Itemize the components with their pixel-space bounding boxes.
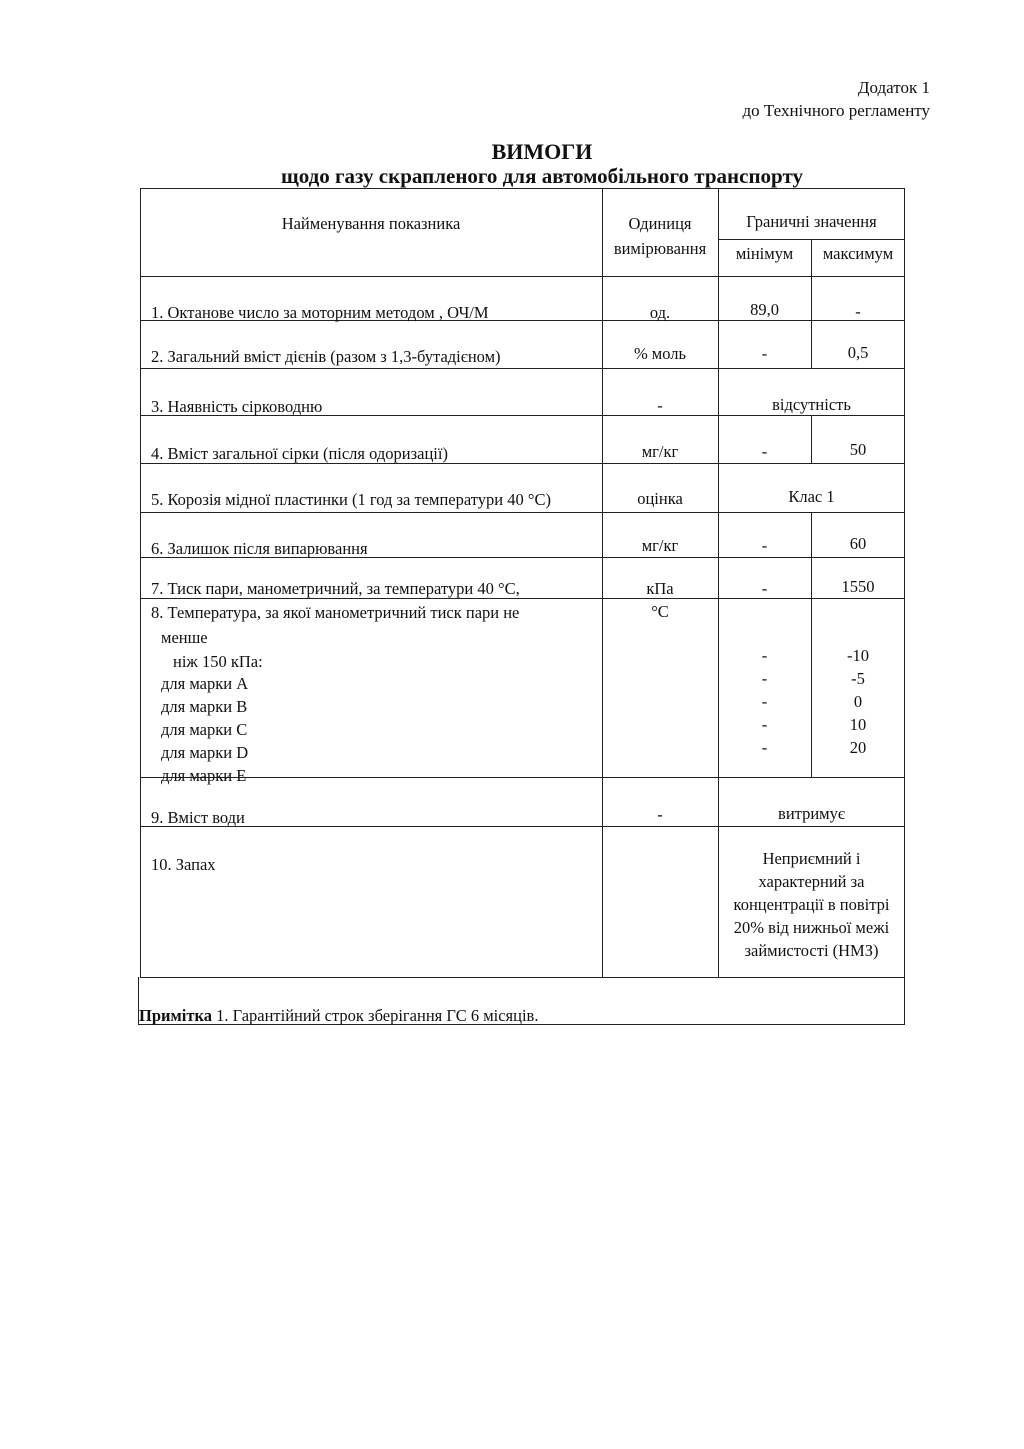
row-divider-10 xyxy=(140,977,905,978)
row8-grade-e: для марки Е xyxy=(161,765,246,787)
header-unit-line1: Одиниця xyxy=(602,213,718,235)
document-subtitle: щодо газу скрапленого для автомобільного… xyxy=(0,164,1024,189)
row-divider-9 xyxy=(140,826,905,827)
header-limits: Граничні значення xyxy=(718,211,905,233)
row8-grade-d: для марки D xyxy=(161,742,248,764)
table-note: Примітка 1. Гарантійний строк зберігання… xyxy=(139,1005,538,1027)
row7-min: - xyxy=(718,578,811,600)
row8-grade-c: для марки С xyxy=(161,719,247,741)
annex-number: Додаток 1 xyxy=(742,76,930,99)
row7-max: 1550 xyxy=(811,576,905,598)
row8-grade-a: для марки А xyxy=(161,673,248,695)
row7-name: 7. Тиск пари, манометричний, за температ… xyxy=(151,578,520,600)
row8-max-c: 0 xyxy=(811,691,905,713)
row6-max: 60 xyxy=(811,533,905,555)
document-title: ВИМОГИ xyxy=(0,139,1024,165)
row4-unit: мг/кг xyxy=(602,441,718,463)
row-divider-8 xyxy=(140,777,905,778)
header-min: мінімум xyxy=(718,243,811,265)
row4-max: 50 xyxy=(811,439,905,461)
row8-name-line1: 8. Температура, за якої манометричний ти… xyxy=(151,602,519,624)
row8-name-line2: менше xyxy=(161,627,208,649)
row8-grade-b: для марки В xyxy=(161,696,247,718)
annex-regulation: до Технічного регламенту xyxy=(742,99,930,122)
row8-min-a: - xyxy=(718,645,811,667)
row2-name: 2. Загальний вміст дієнів (разом з 1,3-б… xyxy=(151,346,501,368)
row5-unit: оцінка xyxy=(602,488,718,510)
row9-unit: - xyxy=(602,804,718,826)
row8-max-e: 20 xyxy=(811,737,905,759)
row4-name: 4. Вміст загальної сірки (після одоризац… xyxy=(151,443,448,465)
row10-limit-line2: характерний за xyxy=(718,871,905,893)
row10-limit-line5: займистості (НМЗ) xyxy=(718,940,905,962)
header-bottom xyxy=(140,276,905,277)
row4-min: - xyxy=(718,441,811,463)
row1-min: 89,0 xyxy=(718,299,811,321)
row8-max-b: -5 xyxy=(811,668,905,690)
row6-name: 6. Залишок після випарювання xyxy=(151,538,368,560)
table-border-left xyxy=(140,188,141,978)
row2-unit: % моль xyxy=(602,343,718,365)
row3-name: 3. Наявність сірководню xyxy=(151,396,322,418)
row-divider-2 xyxy=(140,368,905,369)
note-text: 1. Гарантійний строк зберігання ГС 6 міс… xyxy=(212,1006,539,1025)
row10-limit-line4: 20% від нижньої межі xyxy=(718,917,905,939)
row8-min-b: - xyxy=(718,668,811,690)
header-name: Найменування показника xyxy=(140,213,602,235)
row-divider-5 xyxy=(140,512,905,513)
header-max: максимум xyxy=(811,243,905,265)
row6-unit: мг/кг xyxy=(602,535,718,557)
row8-name-line3: ніж 150 кПа: xyxy=(173,651,263,673)
row5-limit: Клас 1 xyxy=(718,486,905,508)
row9-name: 9. Вміст води xyxy=(151,807,245,829)
row8-max-d: 10 xyxy=(811,714,905,736)
row3-limit: відсутність xyxy=(718,394,905,416)
row8-min-d: - xyxy=(718,714,811,736)
row1-unit: од. xyxy=(602,302,718,324)
note-label: Примітка xyxy=(139,1006,212,1025)
header-unit-line2: вимірювання xyxy=(602,238,718,260)
row3-unit: - xyxy=(602,395,718,417)
row2-min: - xyxy=(718,343,811,365)
row10-limit-line1: Неприємний і xyxy=(718,848,905,870)
annex-reference: Додаток 1 до Технічного регламенту xyxy=(742,76,930,122)
row9-limit: витримує xyxy=(718,803,905,825)
row8-unit: °С xyxy=(602,601,718,623)
row1-name: 1. Октанове число за моторним методом , … xyxy=(151,302,489,324)
row10-limit-line3: концентрації в повітрі xyxy=(718,894,905,916)
row8-min-e: - xyxy=(718,737,811,759)
row8-min-c: - xyxy=(718,691,811,713)
row10-name: 10. Запах xyxy=(151,854,216,876)
row6-min: - xyxy=(718,535,811,557)
table-border-top xyxy=(140,188,905,189)
row8-max-a: -10 xyxy=(811,645,905,667)
row2-max: 0,5 xyxy=(811,342,905,364)
row7-unit: кПа xyxy=(602,578,718,600)
row5-name: 5. Корозія мідної пластинки (1 год за те… xyxy=(151,489,551,511)
row1-max: - xyxy=(811,301,905,323)
